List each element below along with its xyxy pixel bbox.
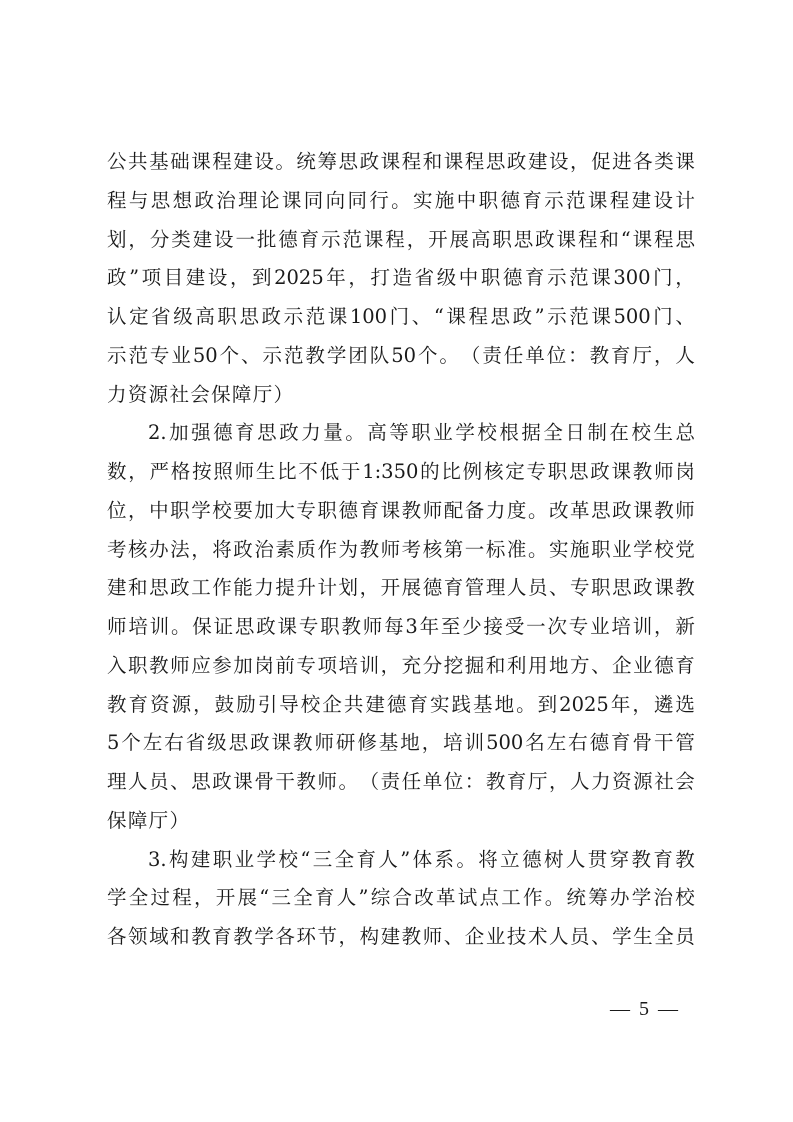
- glyph: 建: [191, 841, 211, 880]
- text-line: 力资源社会保障厅）: [107, 376, 695, 415]
- text-line: 政”项目建设，到2025年，打造省级中职德育示范课300门，: [107, 259, 695, 298]
- glyph: 技: [507, 918, 527, 957]
- glyph: 育: [408, 686, 428, 725]
- glyph: 作: [212, 569, 232, 608]
- glyph: 50: [391, 337, 416, 376]
- glyph: 育: [356, 841, 376, 880]
- glyph: 高: [367, 414, 387, 453]
- body-text: 公共基础课程建设。统筹思政课程和课程思政建设，促进各类课 程与思想政治理论课同向…: [107, 143, 695, 957]
- glyph: 教: [402, 492, 422, 531]
- glyph: 年: [611, 686, 631, 725]
- glyph: 人: [675, 337, 695, 376]
- glyph: 办: [610, 879, 630, 918]
- page-number: — 5 —: [600, 998, 690, 1021]
- glyph: 照: [213, 453, 233, 492]
- glyph: 一: [526, 608, 546, 647]
- glyph: 想: [173, 182, 193, 221]
- glyph: 挖: [444, 647, 464, 686]
- glyph: 。: [391, 182, 411, 221]
- glyph: 力: [107, 376, 127, 415]
- glyph: 革: [570, 492, 590, 531]
- text-line: 师培训。保证思政课专职教师每3年至少接受一次专业培训，新: [107, 608, 695, 647]
- text-line: 学全过程，开展“三全育人”综合改革试点工作。统筹办学治校: [107, 879, 695, 918]
- glyph: 度: [507, 492, 527, 531]
- glyph: 于: [341, 453, 361, 492]
- glyph: 单: [525, 337, 545, 376]
- glyph: 校: [278, 841, 298, 880]
- glyph: 遴: [654, 686, 674, 725]
- glyph: 干: [654, 724, 674, 763]
- glyph: 引: [258, 686, 278, 725]
- glyph: 践: [452, 686, 472, 725]
- glyph: 三: [313, 841, 333, 880]
- glyph: 力: [254, 569, 274, 608]
- glyph: 位: [107, 492, 127, 531]
- glyph: 单: [423, 763, 443, 802]
- glyph: 2.: [148, 414, 167, 453]
- glyph: 统: [566, 879, 586, 918]
- glyph: 政: [507, 143, 527, 182]
- glyph: 全: [129, 879, 149, 918]
- glyph: 骨: [254, 763, 274, 802]
- glyph: 职: [213, 841, 233, 880]
- glyph: 、: [241, 337, 261, 376]
- text-line: 程与思想政治理论课同向同行。实施中职德育示范课程建设计: [107, 182, 695, 221]
- glyph: 资: [128, 376, 148, 415]
- glyph: 将: [212, 531, 232, 570]
- document-page: 公共基础课程建设。统筹思政课程和课程思政建设，促进各类课 程与思想政治理论课同向…: [0, 0, 793, 1122]
- glyph: 职: [320, 608, 340, 647]
- glyph: ，: [407, 221, 427, 260]
- glyph: 、: [412, 298, 432, 337]
- glyph: 人: [566, 841, 586, 880]
- glyph: 学: [254, 918, 274, 957]
- glyph: 思: [257, 414, 277, 453]
- glyph: 保: [211, 376, 231, 415]
- glyph: 打: [370, 259, 390, 298]
- glyph: 队: [370, 337, 390, 376]
- glyph: 业: [486, 918, 506, 957]
- glyph: 训: [633, 608, 653, 647]
- glyph: 级: [437, 259, 457, 298]
- glyph: 、: [170, 763, 190, 802]
- glyph: 专: [150, 337, 170, 376]
- glyph: 业: [433, 414, 453, 453]
- glyph: 课: [591, 259, 611, 298]
- glyph: 、: [549, 569, 569, 608]
- glyph: 门: [653, 298, 673, 337]
- glyph: 构: [360, 918, 380, 957]
- glyph: 比: [441, 453, 461, 492]
- glyph: 学: [612, 918, 632, 957]
- text-line: 教育资源，鼓励引导校企共建德育实践基地。到2025年，遴选: [107, 686, 695, 725]
- glyph: 考: [107, 531, 127, 570]
- glyph: 专: [569, 608, 589, 647]
- glyph: 利: [507, 647, 527, 686]
- glyph: 课: [446, 298, 466, 337]
- glyph: 年: [326, 259, 346, 298]
- glyph: 课: [381, 492, 401, 531]
- glyph: 教: [107, 686, 127, 725]
- glyph: 专: [296, 647, 316, 686]
- glyph: 育: [129, 686, 149, 725]
- glyph: “: [300, 841, 310, 880]
- glyph: 资: [612, 763, 632, 802]
- glyph: 建: [233, 143, 253, 182]
- glyph: 程: [578, 221, 598, 260]
- glyph: 思: [151, 182, 171, 221]
- glyph: ）: [274, 376, 294, 415]
- glyph: 教: [233, 918, 253, 957]
- glyph: 为: [339, 531, 359, 570]
- glyph: 师: [235, 453, 255, 492]
- glyph: 日: [565, 414, 585, 453]
- glyph: ，: [193, 686, 213, 725]
- glyph: 中: [149, 492, 169, 531]
- glyph: 德: [387, 686, 407, 725]
- glyph: 课: [654, 569, 674, 608]
- glyph: 理: [238, 182, 258, 221]
- glyph: 育: [212, 918, 232, 957]
- glyph: 建: [381, 918, 401, 957]
- glyph: 、: [591, 918, 611, 957]
- glyph: 位: [547, 337, 567, 376]
- glyph: 师: [107, 608, 127, 647]
- glyph: 德: [423, 569, 443, 608]
- glyph: 立: [500, 841, 520, 880]
- glyph: 比: [277, 453, 297, 492]
- glyph: 政: [212, 763, 232, 802]
- glyph: 德: [213, 414, 233, 453]
- glyph: 不: [298, 453, 318, 492]
- glyph: 和: [128, 569, 148, 608]
- glyph: ，: [632, 686, 652, 725]
- glyph: 。: [275, 143, 295, 182]
- text-line: 公共基础课程建设。统筹思政课程和课程思政建设，促进各类课: [107, 143, 695, 182]
- glyph: 共: [128, 143, 148, 182]
- glyph: 节: [317, 918, 337, 957]
- glyph: 员: [528, 569, 548, 608]
- glyph: 范: [306, 298, 326, 337]
- text-line: 3.构建职业学校“三全育人”体系。将立德树人贯穿教育教: [107, 841, 695, 880]
- glyph: 人: [570, 763, 590, 802]
- glyph: 课: [381, 143, 401, 182]
- glyph: 系: [435, 841, 455, 880]
- glyph: 将: [478, 841, 498, 880]
- glyph: 应: [191, 647, 211, 686]
- glyph: 右: [164, 724, 184, 763]
- glyph: 教: [675, 569, 695, 608]
- glyph: 地: [549, 647, 569, 686]
- glyph: 地: [400, 724, 420, 763]
- glyph: 工: [191, 569, 211, 608]
- glyph: 个: [220, 337, 240, 376]
- glyph: 。: [528, 531, 548, 570]
- glyph: 各: [275, 918, 295, 957]
- glyph: 员: [570, 918, 590, 957]
- glyph: 教: [305, 337, 325, 376]
- glyph: 骨: [633, 724, 653, 763]
- glyph: 政: [633, 569, 653, 608]
- glyph: 校: [477, 414, 497, 453]
- glyph: 定: [129, 298, 149, 337]
- glyph: 高: [471, 221, 491, 260]
- glyph: （: [360, 763, 380, 802]
- glyph: 人: [549, 918, 569, 957]
- glyph: 100: [350, 298, 387, 337]
- glyph: 基: [473, 686, 493, 725]
- glyph: ，: [570, 143, 590, 182]
- glyph: 思: [149, 569, 169, 608]
- glyph: 企: [612, 647, 632, 686]
- glyph: 。: [439, 337, 459, 376]
- glyph: 例: [463, 453, 483, 492]
- glyph: 到: [252, 259, 272, 298]
- glyph: 职: [591, 531, 611, 570]
- glyph: 实: [413, 182, 433, 221]
- glyph: 力: [486, 492, 506, 531]
- glyph: 课: [591, 298, 611, 337]
- glyph: 育: [507, 763, 527, 802]
- glyph: 各: [107, 918, 127, 957]
- glyph: 育: [525, 259, 545, 298]
- glyph: 全: [335, 841, 355, 880]
- glyph: 师: [654, 453, 674, 492]
- glyph: 育: [315, 879, 335, 918]
- glyph: 核: [423, 531, 443, 570]
- glyph: 开: [381, 569, 401, 608]
- glyph: 课: [633, 492, 653, 531]
- glyph: 培: [443, 724, 463, 763]
- glyph: ，: [194, 879, 214, 918]
- glyph: 接: [484, 608, 504, 647]
- glyph: ，: [381, 647, 401, 686]
- glyph: 师: [170, 647, 190, 686]
- glyph: 基: [149, 143, 169, 182]
- glyph: 师: [317, 763, 337, 802]
- glyph: 综: [371, 879, 391, 918]
- glyph: 培: [611, 608, 631, 647]
- glyph: 专: [296, 492, 316, 531]
- glyph: 职: [317, 492, 337, 531]
- glyph: ，: [191, 531, 211, 570]
- glyph: 障: [128, 802, 148, 841]
- glyph: ”: [400, 841, 410, 880]
- glyph: 级: [173, 298, 193, 337]
- glyph: 师: [675, 492, 695, 531]
- glyph: 思: [235, 608, 255, 647]
- glyph: 业: [235, 841, 255, 880]
- glyph: 教: [633, 453, 653, 492]
- glyph: 范: [128, 337, 148, 376]
- glyph: ，: [128, 453, 148, 492]
- text-line: 5个左右省级思政课教师研修基地，培训500名左右德育骨干管: [107, 724, 695, 763]
- glyph: 校: [654, 531, 674, 570]
- glyph: 课: [282, 182, 302, 221]
- glyph: 思: [491, 298, 511, 337]
- glyph: 责: [381, 763, 401, 802]
- glyph: 施: [570, 531, 590, 570]
- glyph: 2025: [274, 259, 324, 298]
- glyph: 入: [107, 647, 127, 686]
- glyph: 思: [591, 492, 611, 531]
- glyph: ”: [535, 298, 545, 337]
- glyph: 专: [570, 569, 590, 608]
- glyph: 点: [479, 879, 499, 918]
- glyph: 示: [107, 337, 127, 376]
- glyph: 职: [479, 182, 499, 221]
- glyph: ：: [568, 337, 588, 376]
- glyph: 资: [150, 686, 170, 725]
- text-line: 示范专业50个、示范教学团队50个。（责任单位：教育厅，人: [107, 337, 695, 376]
- glyph: 设: [208, 259, 228, 298]
- glyph: 考: [402, 531, 422, 570]
- glyph: 展: [238, 879, 258, 918]
- glyph: 员: [149, 763, 169, 802]
- glyph: 右: [568, 724, 588, 763]
- glyph: 管: [675, 724, 695, 763]
- glyph: 作: [523, 879, 543, 918]
- glyph: 政: [170, 569, 190, 608]
- glyph: 前: [275, 647, 295, 686]
- glyph: 方: [570, 647, 590, 686]
- glyph: 团: [348, 337, 368, 376]
- glyph: 教: [675, 841, 695, 880]
- glyph: 程: [212, 143, 232, 182]
- glyph: 50: [193, 337, 218, 376]
- glyph: 政: [194, 182, 214, 221]
- glyph: 工: [501, 879, 521, 918]
- glyph: 构: [169, 841, 189, 880]
- glyph: 加: [233, 647, 253, 686]
- glyph: 核: [484, 453, 504, 492]
- glyph: 德: [590, 724, 610, 763]
- glyph: 能: [233, 569, 253, 608]
- glyph: 低: [320, 453, 340, 492]
- glyph: 体: [413, 841, 433, 880]
- glyph: 理: [107, 763, 127, 802]
- glyph: 源: [149, 376, 169, 415]
- glyph: 建: [632, 182, 652, 221]
- glyph: 程: [610, 182, 630, 221]
- glyph: 贯: [588, 841, 608, 880]
- glyph: ，: [339, 918, 359, 957]
- glyph: 建: [186, 259, 206, 298]
- glyph: 导: [279, 686, 299, 725]
- glyph: 源: [633, 763, 653, 802]
- glyph: 育: [675, 647, 695, 686]
- glyph: 政: [262, 298, 282, 337]
- glyph: 至: [441, 608, 461, 647]
- glyph: 校: [631, 414, 651, 453]
- glyph: 教: [654, 492, 674, 531]
- glyph: 类: [654, 143, 674, 182]
- glyph: ，: [422, 724, 442, 763]
- glyph: 和: [170, 918, 190, 957]
- glyph: 按: [192, 453, 212, 492]
- glyph: 础: [170, 143, 190, 182]
- glyph: 任: [402, 763, 422, 802]
- glyph: 课: [191, 143, 211, 182]
- glyph: 保: [107, 802, 127, 841]
- glyph: 育: [611, 337, 631, 376]
- glyph: 分: [150, 221, 170, 260]
- glyph: 业: [633, 647, 653, 686]
- glyph: 。: [545, 879, 565, 918]
- glyph: 充: [402, 647, 422, 686]
- glyph: 三: [271, 879, 291, 918]
- glyph: 基: [379, 724, 399, 763]
- glyph: 一: [235, 221, 255, 260]
- glyph: 设: [653, 182, 673, 221]
- glyph: 教: [402, 918, 422, 957]
- glyph: 培: [128, 608, 148, 647]
- glyph: 展: [402, 569, 422, 608]
- glyph: 课: [233, 763, 253, 802]
- glyph: 办: [149, 531, 169, 570]
- glyph: 领: [128, 918, 148, 957]
- glyph: ，: [549, 763, 569, 802]
- glyph: 参: [212, 647, 232, 686]
- glyph: 职: [217, 298, 237, 337]
- glyph: 思: [514, 221, 534, 260]
- glyph: 全: [293, 879, 313, 918]
- glyph: 障: [232, 376, 252, 415]
- glyph: 定: [505, 453, 525, 492]
- glyph: 左: [547, 724, 567, 763]
- glyph: 。: [456, 841, 476, 880]
- glyph: 校: [212, 492, 232, 531]
- glyph: 会: [675, 763, 695, 802]
- glyph: 党: [675, 531, 695, 570]
- glyph: 示: [547, 259, 567, 298]
- glyph: 实: [549, 531, 569, 570]
- text-line: 各领域和教育教学各环节，构建教师、企业技术人员、学生全员: [107, 918, 695, 957]
- glyph: 。: [528, 492, 548, 531]
- glyph: 级: [207, 724, 227, 763]
- glyph: 示: [544, 182, 564, 221]
- glyph: 位: [444, 763, 464, 802]
- glyph: 开: [216, 879, 236, 918]
- glyph: 省: [186, 724, 206, 763]
- glyph: ，: [675, 259, 695, 298]
- glyph: 员: [675, 918, 695, 957]
- glyph: 共: [344, 686, 364, 725]
- glyph: 中: [459, 259, 479, 298]
- glyph: 名: [525, 724, 545, 763]
- glyph: 育: [522, 182, 542, 221]
- glyph: 生: [256, 453, 276, 492]
- glyph: 省: [151, 298, 171, 337]
- glyph: 社: [169, 376, 189, 415]
- glyph: 师: [314, 724, 334, 763]
- glyph: 一: [465, 531, 485, 570]
- glyph: 3.: [148, 841, 167, 880]
- glyph: ，: [360, 569, 380, 608]
- glyph: 师: [381, 531, 401, 570]
- glyph: “: [434, 298, 444, 337]
- glyph: 根: [499, 414, 519, 453]
- glyph: 筹: [588, 879, 608, 918]
- glyph: 源: [172, 686, 192, 725]
- glyph: 作: [317, 531, 337, 570]
- glyph: 加: [169, 414, 189, 453]
- glyph: ，: [654, 608, 674, 647]
- glyph: 思: [612, 569, 632, 608]
- glyph: 左: [143, 724, 163, 763]
- glyph: 等: [389, 414, 409, 453]
- glyph: 育: [444, 569, 464, 608]
